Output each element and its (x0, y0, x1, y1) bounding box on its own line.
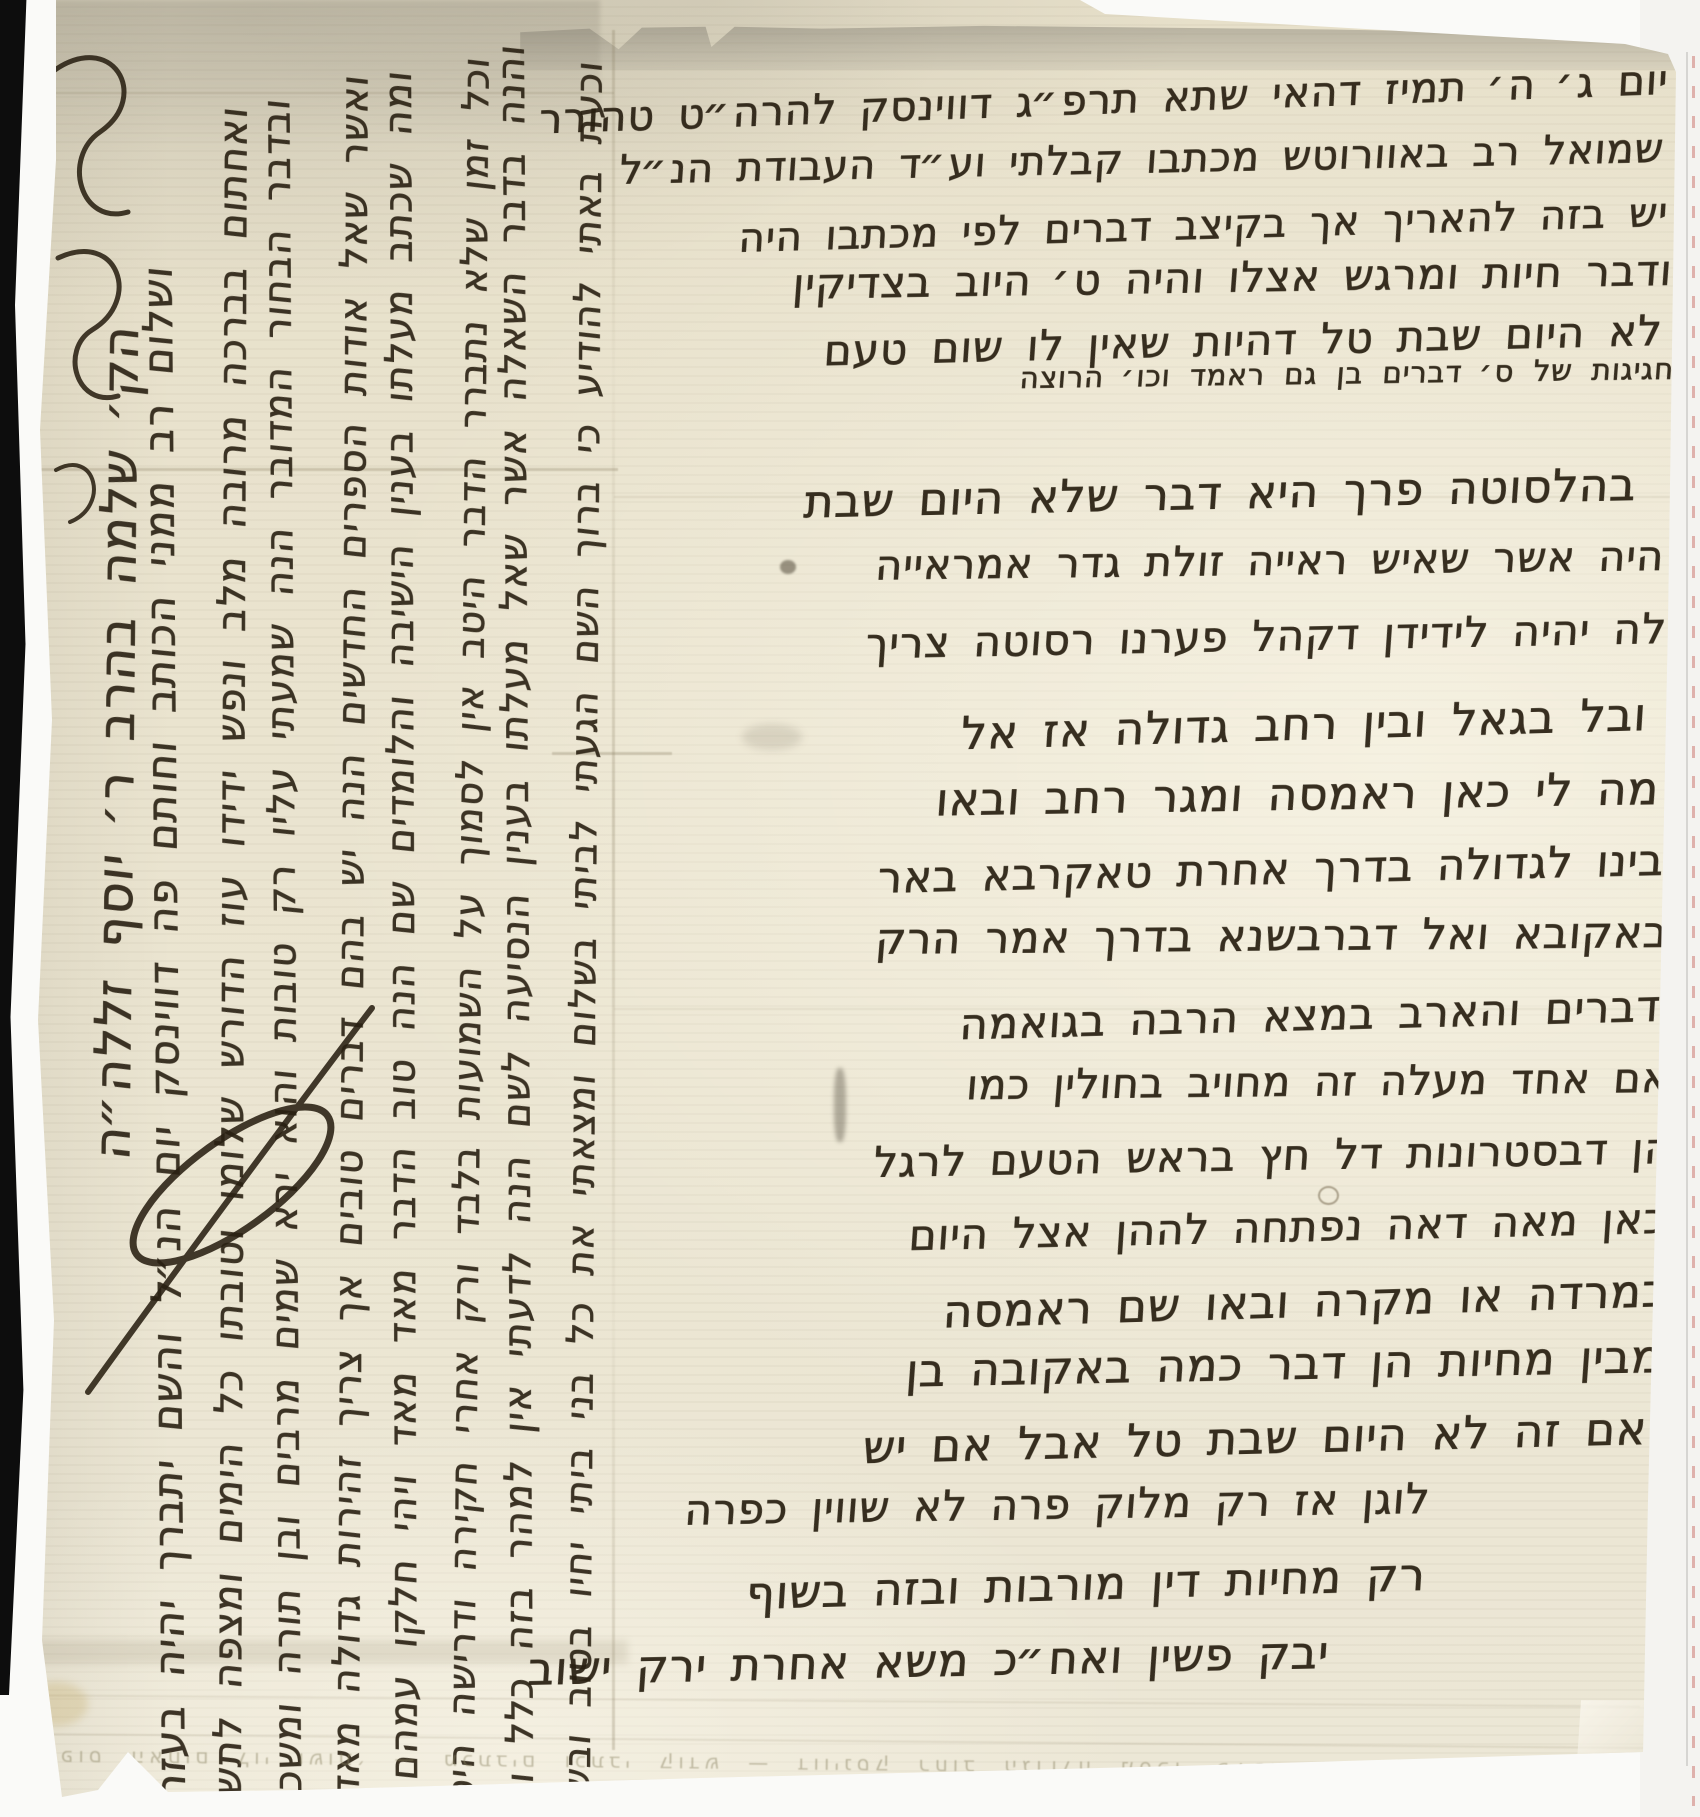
margin-handwritten-line: וכעת באתי להודיע כי ברוך השם הגעתי לביתי… (556, 61, 611, 1764)
handwritten-line: מה לי כאן ראמסה ומגר רחב ובאו (929, 762, 1659, 826)
ink-smudge (834, 1068, 846, 1142)
scan-edge-line (1686, 52, 1688, 1766)
margin-handwritten-line: וכל זמן שלא נתברר הדבר היטב אין לסמוך על… (440, 57, 498, 1760)
handwritten-line: בינו לגדולה בדרך אחרת טאקרבא באר (872, 836, 1665, 904)
letter-paper: יום ג׳ ה׳ תמיז דהאי שתא תרפ״ג דווינסק לה… (0, 0, 1700, 1817)
paper-stain (24, 1682, 88, 1726)
handwritten-line: לוגן אז רק מלוק פרה לא שווין כפרה (679, 1474, 1430, 1535)
handwritten-line: לה יהיה לידידן דקהל פערנו רסוטה צריך (860, 604, 1667, 668)
margin-handwritten-line: ומה שכתב מעלתו בענין הישיבה והלומדים שם … (376, 70, 426, 1764)
ink-stain (780, 560, 796, 574)
margin-handwritten-line: ואשר שאל אודות הספרים החדשים הנה יש בהם … (324, 74, 377, 1758)
handwritten-line: היה אשר שאיש ראייה זולת גדר אמראייה (870, 532, 1664, 590)
vertical-fold-line (612, 30, 615, 1750)
handwritten-line: ובל בגאל ובין רחב גדולה אז אל (955, 688, 1648, 760)
handwritten-line: שמואל רב באוורוטש מכתבו קבלתי וע״ד העבוד… (615, 126, 1665, 194)
handwritten-line: במרדה או מקרה ובאו שם ראמסה (937, 1264, 1670, 1338)
margin-handwritten-line: ואחתום בברכה מרובה מלב ונפש ידידו עוז הד… (206, 106, 257, 1750)
handwritten-line: בהלסוטה פרך היא דבר שלא היום שבת (798, 458, 1637, 528)
handwritten-line: באקובא ואל דברבשנא בדרך אמר הרק (870, 908, 1669, 965)
show-through-smudge (742, 724, 802, 750)
margin-handwritten-line: והנה בדבר השאלה אשר שאל מעלתו בענין הנסי… (489, 44, 542, 1768)
handwritten-line: אם אחד מעלה זה מחויב בחולין כמו (962, 1054, 1671, 1109)
scanned-letter-page: יום ג׳ ה׳ תמיז דהאי שתא תרפ״ג דווינסק לה… (0, 0, 1700, 1817)
handwritten-line: הן דבסטרונות דל חץ בראש הטעם לרגל (868, 1124, 1673, 1187)
handwritten-line: כאן מאה דאה נפתחה לההן אצל היום (903, 1194, 1667, 1260)
handwritten-line: אם זה לא היום שבת טל אבל אם יש (856, 1402, 1647, 1474)
handwritten-line: יבק פשין ואח״כ משא אחרת ירק ישוב (522, 1626, 1330, 1696)
handwritten-line: מבין מחיות הן דבר כמה באקובה בן (900, 1330, 1663, 1397)
margin-handwritten-line: ובדבר הבחור המדובר הנה שמעתי עליו רק טוב… (254, 98, 310, 1762)
red-registration-dashes (1692, 56, 1695, 1806)
dog-eared-corner (1575, 1700, 1650, 1792)
handwritten-line: דברים והארב במצא הרבה בגואמה (954, 982, 1661, 1050)
handwritten-line: רק מחיות דין מורבות ובזה בשוף (740, 1548, 1427, 1620)
margin-handwritten-line: הק׳ שלמה בהרב ר׳ יוסף זללה״ה (80, 326, 150, 1480)
scanner-edge-shadow (0, 0, 30, 1695)
